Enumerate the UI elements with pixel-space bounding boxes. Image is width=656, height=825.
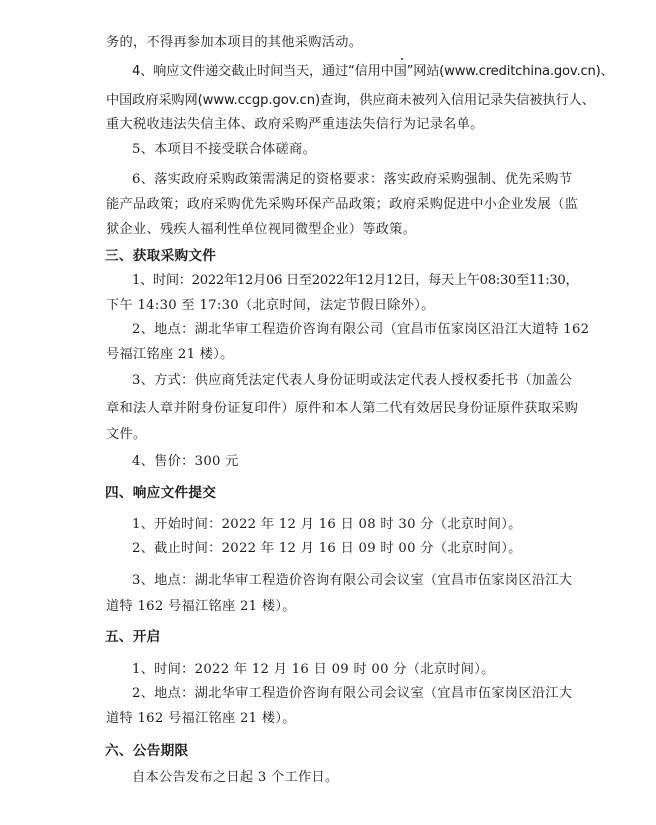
announcement-period-text: 自本公告发布之日起 3 个工作日。 bbox=[132, 769, 339, 787]
paragraph-line: 重大税收违法失信主体、政府采购严重违法失信行为记录名单。 bbox=[106, 116, 484, 134]
paragraph-line: 下午 14:30 至 17:30（北京时间，法定节假日除外）。 bbox=[106, 297, 435, 315]
paragraph-line: 道特 162 号福江铭座 21 楼）。 bbox=[106, 710, 296, 728]
submission-start-time: 1、开始时间：2022 年 12 月 16 日 08 时 30 分（北京时间）。 bbox=[132, 516, 522, 534]
submission-location: 3、地点：湖北华审工程造价咨询有限公司会议室（宜昌市伍家岗区沿江大 bbox=[132, 572, 572, 590]
paragraph-line: 能产品政策；政府采购优先采购环保产品政策；政府采购促进中小企业发展（监 bbox=[106, 196, 578, 214]
paragraph-line: 务的，不得再参加本项目的其他采购活动。 bbox=[106, 34, 362, 52]
paragraph-line: 道特 162 号福江铭座 21 楼）。 bbox=[106, 598, 296, 616]
item-4-credit-check: 4、响应文件递交截止时间当天，通过“信用中国”网站(www.creditchin… bbox=[132, 63, 614, 81]
opening-time: 1、时间：2022 年 12 月 16 日 09 时 00 分（北京时间）。 bbox=[132, 661, 495, 679]
obtain-method: 3、方式：供应商凭法定代表人身份证明或法定代表人授权委托书（加盖公 bbox=[132, 372, 572, 390]
section-heading-opening: 五、开启 bbox=[105, 628, 161, 646]
paragraph-line: 章和法人章并附身份证复印件）原件和本人第二代有效居民身份证原件获取采购 bbox=[106, 400, 578, 418]
item-6-policy-requirements: 6、落实政府采购政策需满足的资格要求：落实政府采购强制、优先采购节 bbox=[132, 171, 572, 189]
paragraph-line: 狱企业、残疾人福利性单位视同微型企业）等政策。 bbox=[106, 221, 416, 239]
obtain-time: 1、时间：2022年12月06 日至2022年12月12日，每天上午08:30至… bbox=[132, 272, 578, 290]
paragraph-line: 中国政府采购网(www.ccgp.gov.cn)查询，供应商未被列入信用记录失信… bbox=[106, 92, 595, 110]
submission-deadline: 2、截止时间：2022 年 12 月 16 日 09 时 00 分（北京时间）。 bbox=[132, 540, 522, 558]
obtain-price: 4、售价：300 元 bbox=[132, 453, 239, 471]
item-5-no-consortium: 5、本项目不接受联合体磋商。 bbox=[132, 141, 316, 159]
paragraph-line: 号福江铭座 21 楼）。 bbox=[106, 346, 234, 364]
document-page: 务的，不得再参加本项目的其他采购活动。 4、响应文件递交截止时间当天，通过“信用… bbox=[0, 0, 656, 825]
section-heading-announcement-period: 六、公告期限 bbox=[105, 742, 188, 760]
paragraph-line: 文件。 bbox=[106, 426, 146, 444]
opening-location: 2、地点：湖北华审工程造价咨询有限公司会议室（宜昌市伍家岗区沿江大 bbox=[132, 685, 572, 703]
obtain-location: 2、地点：湖北华审工程造价咨询有限公司（宜昌市伍家岗区沿江大道特 162 bbox=[132, 321, 589, 339]
scan-artifact-dot bbox=[401, 58, 403, 60]
section-heading-submission: 四、响应文件提交 bbox=[105, 484, 216, 502]
section-heading-obtain-documents: 三、获取采购文件 bbox=[105, 247, 216, 265]
